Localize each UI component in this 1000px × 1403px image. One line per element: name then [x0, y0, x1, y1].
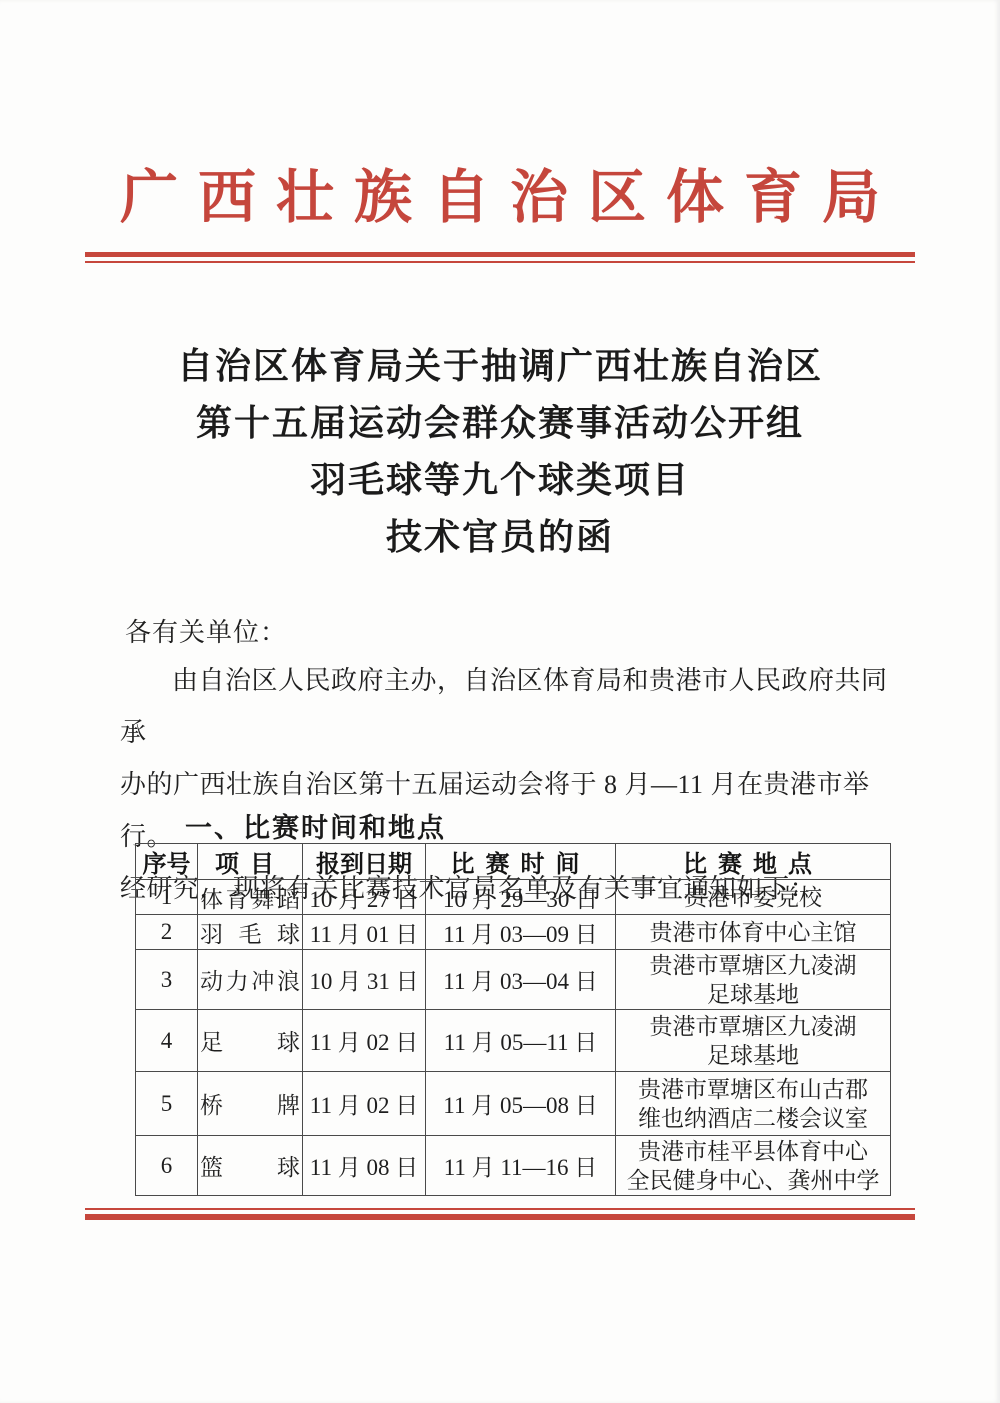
divider-thick-line — [85, 252, 915, 257]
cell-venue: 贵港市桂平县体育中心 全民健身中心、龚州中学 — [616, 1136, 891, 1196]
document-page: 广西壮族自治区体育局 自治区体育局关于抽调广西壮族自治区 第十五届运动会群众赛事… — [0, 0, 1000, 1403]
cell-report-date: 10 月 27 日 — [303, 880, 426, 915]
title-line-1: 自治区体育局关于抽调广西壮族自治区 — [0, 338, 1000, 395]
cell-report-date: 11 月 02 日 — [303, 1010, 426, 1072]
cell-report-date: 11 月 01 日 — [303, 915, 426, 950]
cell-report-date: 11 月 08 日 — [303, 1136, 426, 1196]
cell-time: 11 月 11—16 日 — [426, 1136, 616, 1196]
title-line-4: 技术官员的函 — [0, 509, 1000, 566]
table-row: 6 篮球 11 月 08 日 11 月 11—16 日 贵港市桂平县体育中心 全… — [136, 1136, 891, 1196]
cell-event: 足球 — [198, 1010, 303, 1072]
document-title: 自治区体育局关于抽调广西壮族自治区 第十五届运动会群众赛事活动公开组 羽毛球等九… — [0, 338, 1000, 566]
cell-venue: 贵港市委党校 — [616, 880, 891, 915]
cell-event: 羽毛球 — [198, 915, 303, 950]
cell-no: 3 — [136, 950, 198, 1010]
header-event: 项目 — [198, 844, 303, 880]
cell-venue: 贵港市覃塘区九凌湖 足球基地 — [616, 1010, 891, 1072]
schedule-table: 序号 项目 报到日期 比赛时间 比赛地点 1 体育舞蹈 10 月 27 日 10… — [135, 843, 891, 1196]
header-report-date: 报到日期 — [303, 844, 426, 880]
cell-venue: 贵港市覃塘区布山古郡 维也纳酒店二楼会议室 — [616, 1072, 891, 1136]
title-line-2: 第十五届运动会群众赛事活动公开组 — [0, 395, 1000, 452]
cell-time: 11 月 03—09 日 — [426, 915, 616, 950]
footer-divider — [85, 1208, 915, 1220]
cell-report-date: 11 月 02 日 — [303, 1072, 426, 1136]
cell-no: 5 — [136, 1072, 198, 1136]
cell-event: 桥牌 — [198, 1072, 303, 1136]
salutation: 各有关单位： — [125, 612, 287, 649]
cell-no: 2 — [136, 915, 198, 950]
cell-no: 6 — [136, 1136, 198, 1196]
cell-event: 篮球 — [198, 1136, 303, 1196]
cell-event: 体育舞蹈 — [198, 880, 303, 915]
section-heading: 一、比赛时间和地点 — [185, 806, 446, 845]
divider-thick-line — [85, 1214, 915, 1220]
table-header-row: 序号 项目 报到日期 比赛时间 比赛地点 — [136, 844, 891, 880]
table-row: 2 羽毛球 11 月 01 日 11 月 03—09 日 贵港市体育中心主馆 — [136, 915, 891, 950]
header-no: 序号 — [136, 844, 198, 880]
cell-venue: 贵港市覃塘区九凌湖 足球基地 — [616, 950, 891, 1010]
header-venue: 比赛地点 — [616, 844, 891, 880]
cell-event: 动力冲浪 — [198, 950, 303, 1010]
cell-time: 11 月 05—11 日 — [426, 1010, 616, 1072]
table-row: 5 桥牌 11 月 02 日 11 月 05—08 日 贵港市覃塘区布山古郡 维… — [136, 1072, 891, 1136]
table-row: 4 足球 11 月 02 日 11 月 05—11 日 贵港市覃塘区九凌湖 足球… — [136, 1010, 891, 1072]
cell-time: 11 月 03—04 日 — [426, 950, 616, 1010]
cell-no: 1 — [136, 880, 198, 915]
letterhead-divider — [85, 252, 915, 263]
cell-report-date: 10 月 31 日 — [303, 950, 426, 1010]
cell-time: 11 月 05—08 日 — [426, 1072, 616, 1136]
table-row: 1 体育舞蹈 10 月 27 日 10 月 29—30 日 贵港市委党校 — [136, 880, 891, 915]
letterhead-org-name: 广西壮族自治区体育局 — [0, 150, 1000, 234]
title-line-3: 羽毛球等九个球类项目 — [0, 452, 1000, 509]
divider-thin-line — [85, 261, 915, 263]
cell-time: 10 月 29—30 日 — [426, 880, 616, 915]
header-time: 比赛时间 — [426, 844, 616, 880]
table-row: 3 动力冲浪 10 月 31 日 11 月 03—04 日 贵港市覃塘区九凌湖 … — [136, 950, 891, 1010]
divider-thin-line — [85, 1208, 915, 1210]
cell-no: 4 — [136, 1010, 198, 1072]
cell-venue: 贵港市体育中心主馆 — [616, 915, 891, 950]
